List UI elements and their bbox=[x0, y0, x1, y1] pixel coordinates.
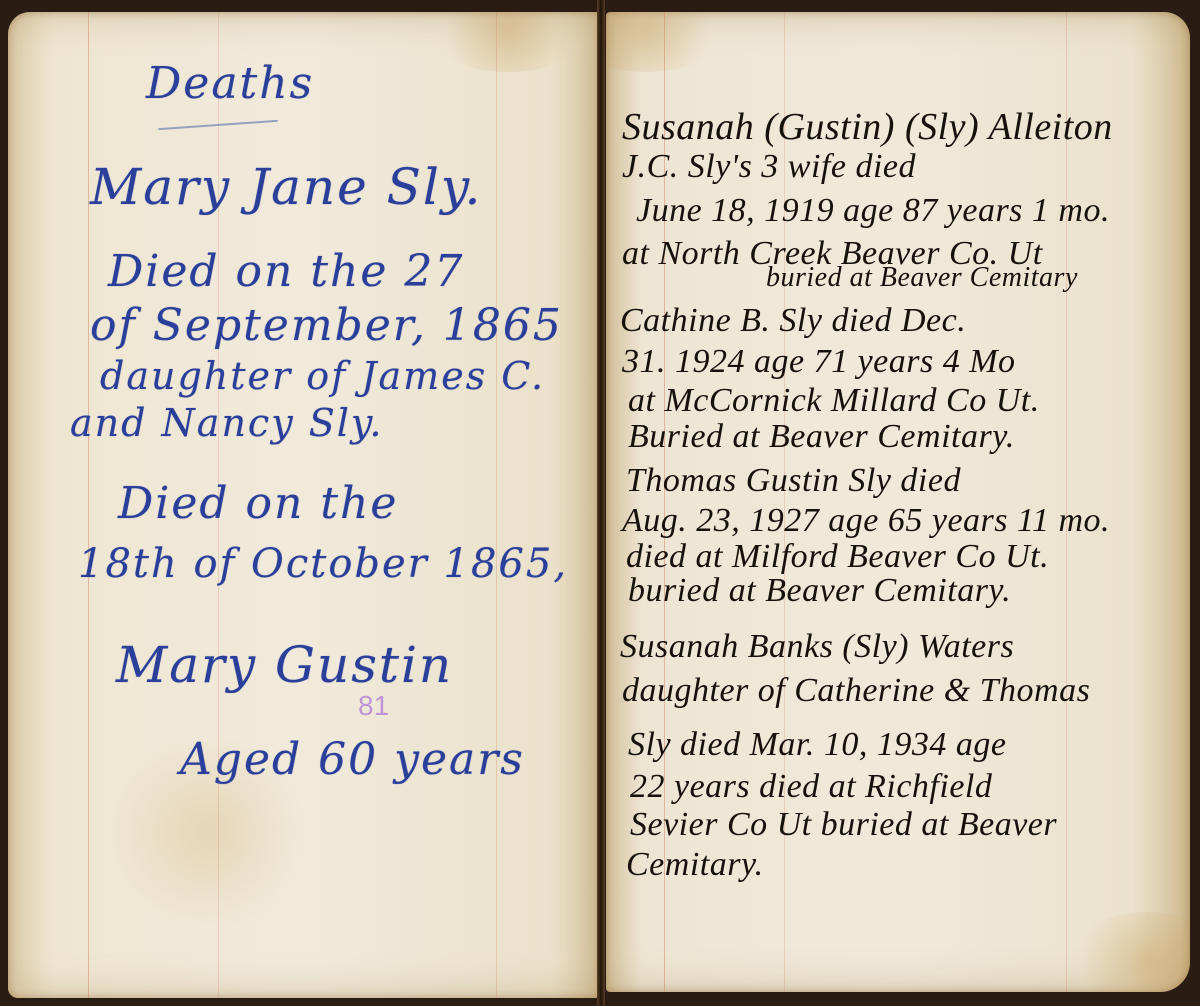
entry-line: Cathine B. Sly died Dec. bbox=[620, 304, 966, 338]
age-stain bbox=[606, 12, 726, 72]
age-stain bbox=[428, 12, 588, 72]
open-book: Deaths Mary Jane Sly. Died on the 27 of … bbox=[0, 0, 1200, 1006]
entry-line: Thomas Gustin Sly died bbox=[626, 464, 961, 498]
column-rule bbox=[496, 12, 497, 998]
entry-line: 31. 1924 age 71 years 4 Mo bbox=[622, 345, 1016, 379]
left-page: Deaths Mary Jane Sly. Died on the 27 of … bbox=[8, 12, 600, 998]
purple-annotation: 81 bbox=[358, 690, 389, 722]
entry-line: June 18, 1919 age 87 years 1 mo. bbox=[636, 194, 1110, 228]
entry-line: Mary Jane Sly. bbox=[90, 162, 482, 212]
entry-line: died at Milford Beaver Co Ut. bbox=[626, 540, 1049, 574]
entry-line: Sly died Mar. 10, 1934 age bbox=[628, 728, 1006, 762]
entry-line: 22 years died at Richfield bbox=[630, 770, 992, 804]
page-heading: Deaths bbox=[146, 62, 314, 106]
entry-line: Susanah Banks (Sly) Waters bbox=[620, 630, 1014, 664]
entry-line: Buried at Beaver Cemitary. bbox=[628, 420, 1015, 454]
entry-line: at McCornick Millard Co Ut. bbox=[628, 384, 1040, 418]
entry-line: Susanah (Gustin) (Sly) Alleiton bbox=[622, 108, 1113, 146]
entry-line: buried at Beaver Cemitary bbox=[766, 264, 1078, 292]
margin-rule bbox=[88, 12, 89, 998]
entry-line: Died on the bbox=[118, 482, 398, 526]
entry-line: Aged 60 years bbox=[180, 738, 525, 782]
entry-line: J.C. Sly's 3 wife died bbox=[622, 150, 916, 184]
entry-line: Died on the 27 bbox=[108, 250, 464, 294]
entry-line: daughter of James C. bbox=[100, 357, 545, 395]
entry-line: daughter of Catherine & Thomas bbox=[622, 674, 1090, 708]
entry-line: Mary Gustin bbox=[116, 640, 453, 690]
age-stain bbox=[1066, 912, 1190, 992]
entry-line: buried at Beaver Cemitary. bbox=[628, 574, 1011, 608]
right-page: Susanah (Gustin) (Sly) Alleiton J.C. Sly… bbox=[606, 12, 1190, 992]
entry-line: 18th of October 1865, bbox=[78, 544, 568, 584]
book-gutter bbox=[597, 0, 605, 1006]
entry-line: Aug. 23, 1927 age 65 years 11 mo. bbox=[622, 504, 1110, 538]
entry-line: of September, 1865 bbox=[90, 304, 563, 348]
entry-line: and Nancy Sly. bbox=[70, 404, 383, 442]
entry-line: Cemitary. bbox=[626, 848, 764, 882]
entry-line: Sevier Co Ut buried at Beaver bbox=[630, 808, 1057, 842]
